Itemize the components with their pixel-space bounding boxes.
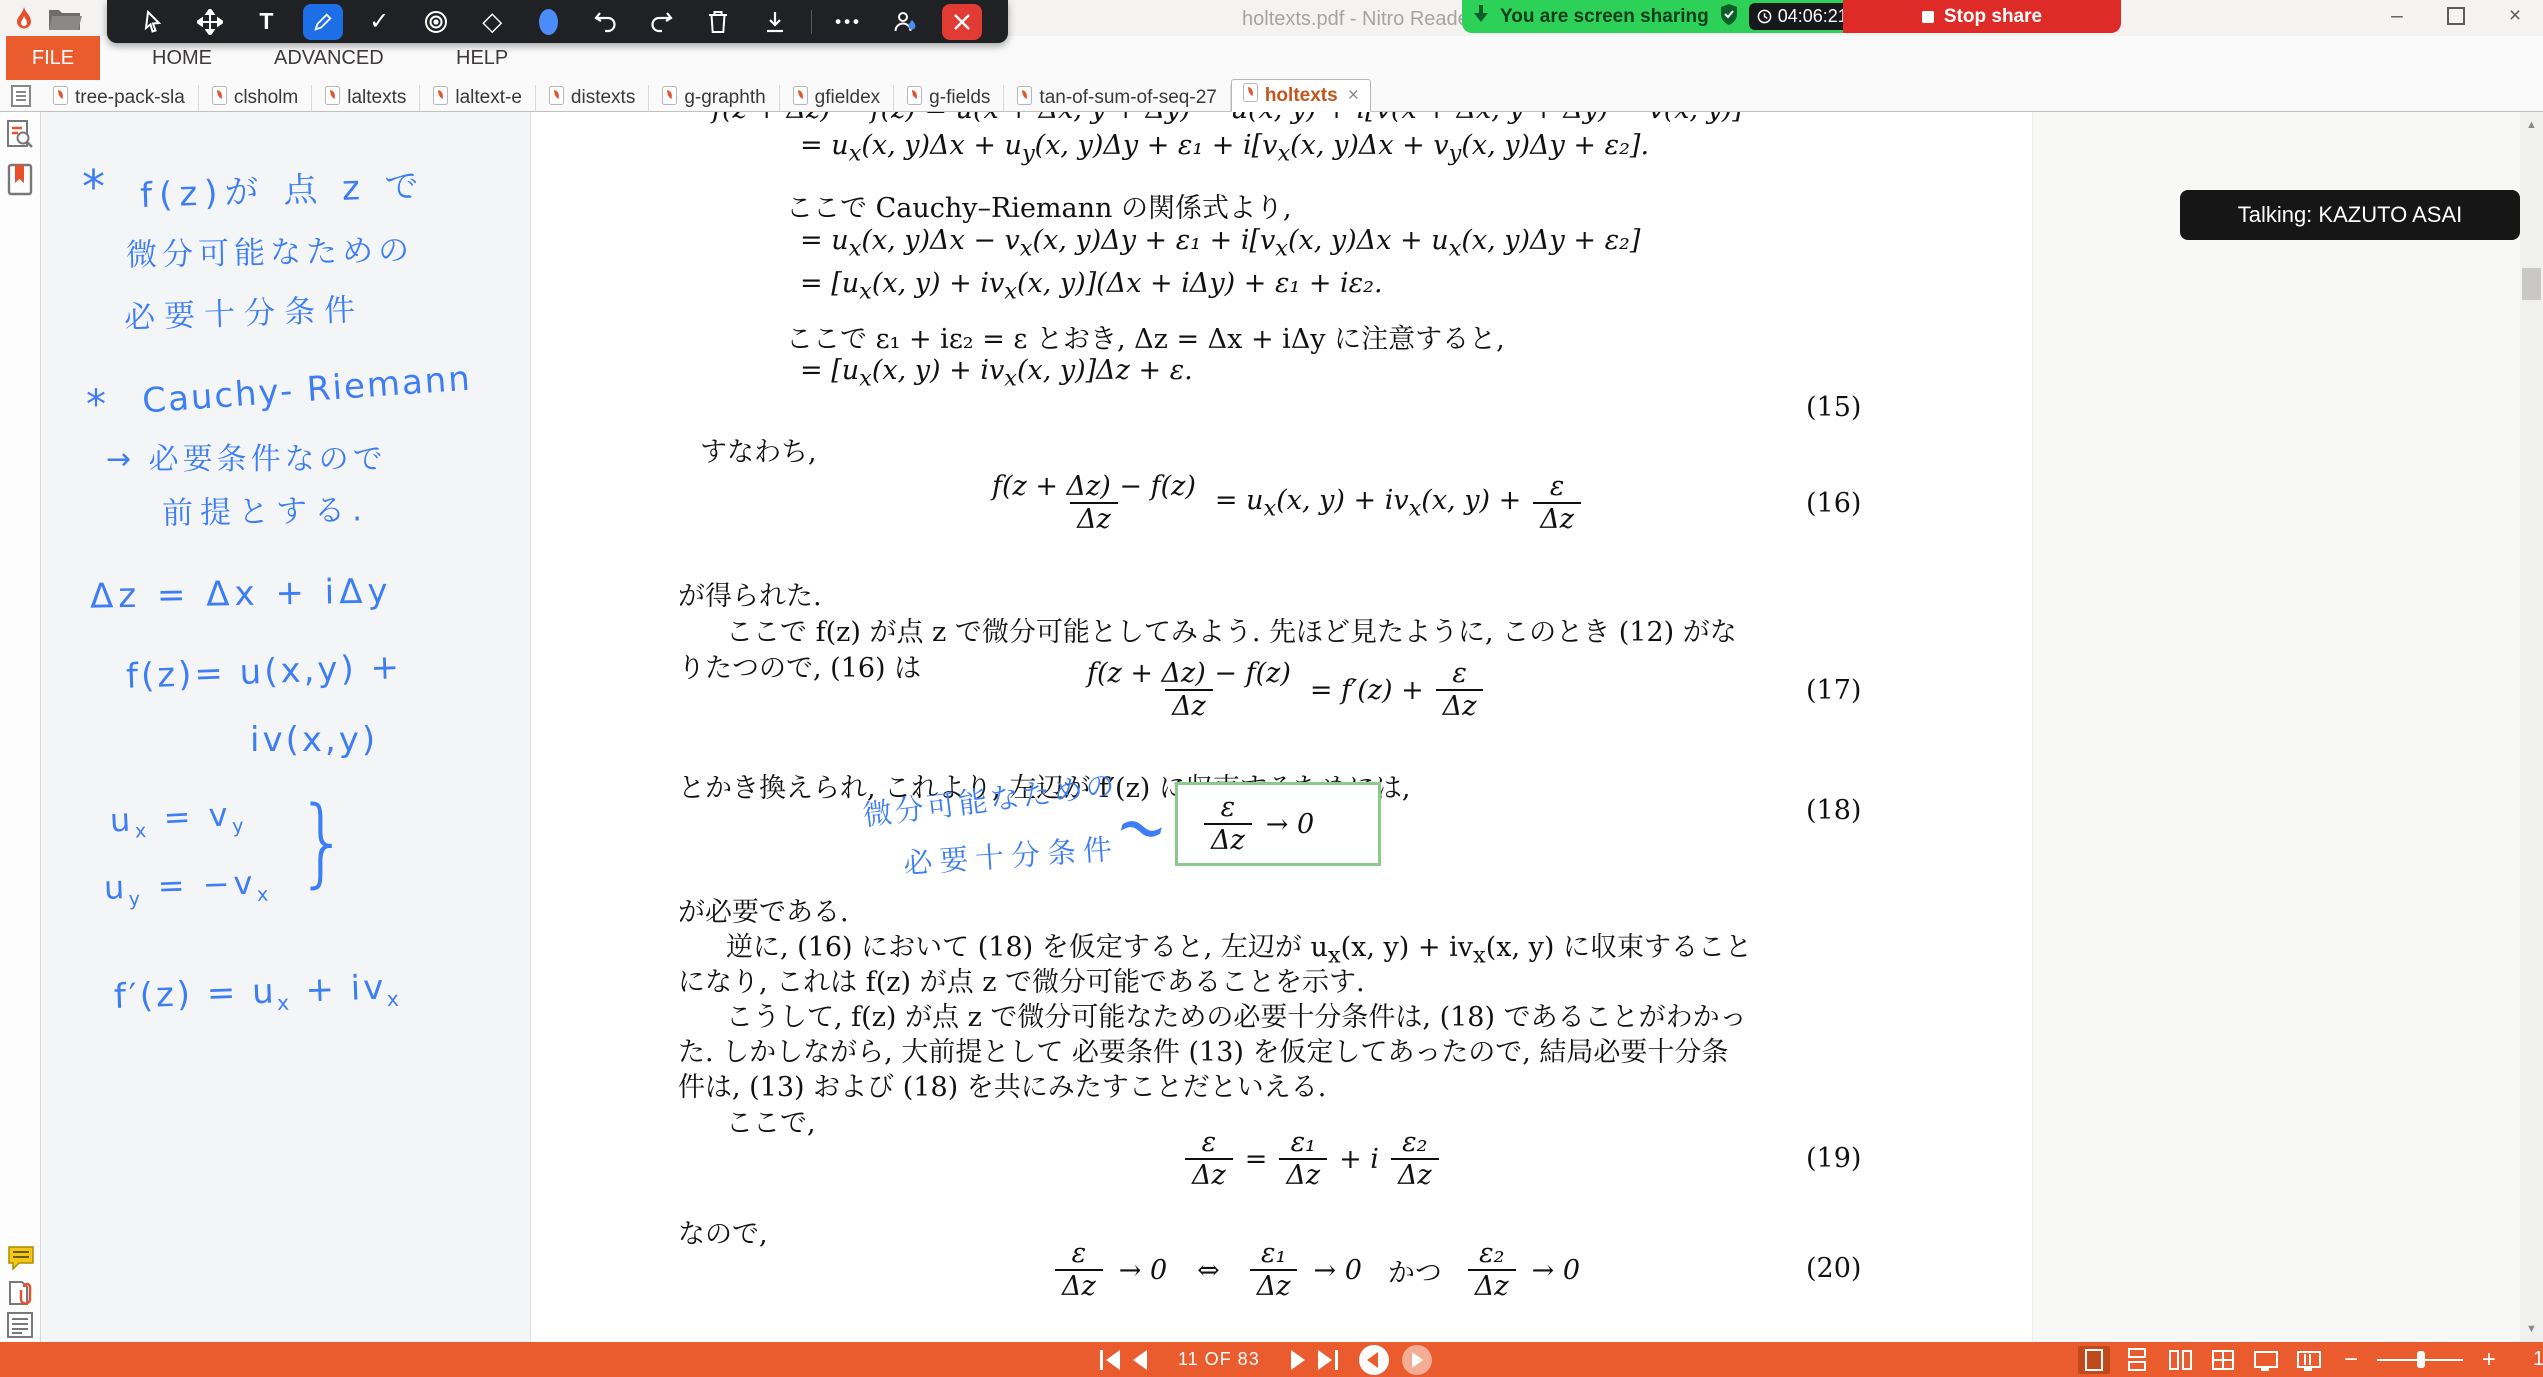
toolbar-divider xyxy=(811,10,812,34)
previous-page-button[interactable] xyxy=(1133,1350,1147,1370)
equation-tag: (17) xyxy=(1806,675,1861,706)
talking-indicator: Talking: KAZUTO ASAI xyxy=(2180,190,2520,240)
zoom-in-button[interactable]: + xyxy=(2482,1346,2496,1374)
tab-clsholm[interactable]: clsholm xyxy=(199,85,312,111)
handwritten-note: uy = −vx xyxy=(103,863,272,911)
pdf-doc-icon xyxy=(793,86,808,111)
handwritten-note: → 必要条件なので xyxy=(106,434,387,478)
pdf-doc-icon xyxy=(325,86,340,111)
diamond-tool-icon[interactable]: ◇ xyxy=(472,4,512,40)
application-window: holtexts.pdf - Nitro Reader 5 – × FILE H… xyxy=(0,0,2543,1377)
tab-label: clsholm xyxy=(234,87,298,109)
shield-check-icon xyxy=(1719,3,1739,31)
tab-label: holtexts xyxy=(1265,85,1338,107)
highlight-box-equation-18: εΔz → 0 xyxy=(1175,782,1381,866)
star-marker: * xyxy=(82,160,105,214)
pdf-doc-icon xyxy=(433,86,448,111)
tab-label: gfieldex xyxy=(815,87,881,109)
doc-line: ここで ε₁ + iε₂ = ε とおき, Δz = Δx + iΔy に注意す… xyxy=(786,317,1505,356)
doc-line: すなわち, xyxy=(700,430,817,469)
next-page-button[interactable] xyxy=(1291,1350,1305,1370)
handwritten-note: f′(z) = ux + ivx xyxy=(113,967,402,1021)
grid-view-button[interactable] xyxy=(2207,1346,2239,1374)
stop-icon xyxy=(1922,11,1934,23)
presenter-icon[interactable] xyxy=(885,4,925,40)
previous-view-button[interactable] xyxy=(1359,1345,1389,1375)
zoom-out-button[interactable]: − xyxy=(2344,1346,2358,1374)
timer-value: 04:06:21 xyxy=(1778,6,1848,27)
doc-line: こうして, f(z) が点 z で微分可能なための必要十分条件は, (18) で… xyxy=(726,995,1747,1034)
handwritten-note: f(z)が 点 z で xyxy=(139,158,426,217)
doc-line: = [ux(x, y) + ivx(x, y)](Δx + iΔy) + ε₁ … xyxy=(800,268,1383,304)
star-marker: * xyxy=(86,382,106,428)
next-view-button[interactable] xyxy=(1402,1345,1432,1375)
move-tool-icon[interactable] xyxy=(190,4,230,40)
last-page-button[interactable] xyxy=(1318,1350,1338,1370)
doc-line: りたつので, (16) は xyxy=(678,646,921,685)
tab-label: g-fields xyxy=(929,87,990,109)
continuous-view-button[interactable] xyxy=(2121,1346,2153,1374)
trash-icon[interactable] xyxy=(698,4,738,40)
save-download-icon[interactable] xyxy=(755,4,795,40)
equation-tag: (20) xyxy=(1806,1253,1861,1284)
single-page-view-button[interactable] xyxy=(2078,1346,2110,1374)
pdf-doc-icon xyxy=(907,86,922,111)
workspace: ▲ ▼ f(z + Δz) − f(z) = u(x + Δx, y + Δy)… xyxy=(0,111,2543,1342)
tab-tan-of-sum-of-seq-27[interactable]: tan-of-sum-of-seq-27 xyxy=(1004,85,1230,111)
tab-label: distexts xyxy=(571,87,635,109)
close-annotation-icon[interactable] xyxy=(942,4,982,40)
check-tool-icon[interactable]: ✓ xyxy=(359,4,399,40)
tab-close-icon[interactable]: × xyxy=(1348,85,1359,107)
doc-line: 件は, (13) および (18) を共にみたすことだといえる. xyxy=(678,1065,1326,1104)
status-bar: 11 OF 83 − + 125% xyxy=(0,1342,2543,1377)
zoom-slider-thumb[interactable] xyxy=(2417,1351,2425,1368)
screen-sharing-banner: You are screen sharing 04:06:21 ▾ xyxy=(1462,0,1843,33)
equation-16: f(z + Δz) − f(z)Δz = ux(x, y) + ivx(x, y… xyxy=(985,458,1581,548)
tab-g-graphth[interactable]: g-graphth xyxy=(649,85,779,111)
redo-icon[interactable] xyxy=(642,4,682,40)
equation-tag: (18) xyxy=(1806,795,1861,826)
zoom-slider[interactable] xyxy=(2377,1359,2463,1361)
zoom-level: 125% xyxy=(2533,1348,2543,1371)
handwritten-note: f(z)= u(x,y) + xyxy=(125,647,402,697)
doc-line: ここで Cauchy–Riemann の関係式より, xyxy=(786,186,1292,225)
equation-tag: (16) xyxy=(1806,488,1861,519)
doc-line: が得られた. xyxy=(678,574,822,613)
doc-line: が必要である. xyxy=(678,890,849,929)
tab-label: laltext-e xyxy=(455,87,522,109)
share-arrow-icon xyxy=(1472,3,1490,30)
doc-line: になり, これは f(z) が点 z で微分可能であることを示す. xyxy=(678,960,1365,999)
pdf-doc-icon xyxy=(1017,86,1032,111)
sharing-status-text: You are screen sharing xyxy=(1500,6,1709,28)
tab-label: laltexts xyxy=(347,87,406,109)
cursor-tool-icon[interactable] xyxy=(133,4,173,40)
doc-line: ここで, xyxy=(726,1101,816,1140)
equation-tag: (15) xyxy=(1806,392,1861,423)
handwritten-note: ux = vy xyxy=(109,794,248,844)
doc-line: た. しかしながら, 大前提として 必要条件 (13) を仮定してあったので, … xyxy=(678,1030,1728,1069)
tab-label: g-graphth xyxy=(684,87,765,109)
tab-tree-pack-sla[interactable]: tree-pack-sla xyxy=(40,85,199,111)
more-options-icon[interactable]: ••• xyxy=(829,4,869,40)
equation-tag: (19) xyxy=(1806,1143,1861,1174)
handwritten-note: 前提とする. xyxy=(162,484,370,533)
spotlight-tool-icon[interactable] xyxy=(416,4,456,40)
annotation-toolbar: T ✓ ◇ ••• xyxy=(107,0,1008,43)
first-page-button[interactable] xyxy=(1100,1350,1120,1370)
facing-pages-view-button[interactable] xyxy=(2164,1346,2196,1374)
ellipse-tool-icon[interactable] xyxy=(529,4,569,40)
undo-icon[interactable] xyxy=(585,4,625,40)
tab-gfieldex[interactable]: gfieldex xyxy=(780,85,895,111)
fullscreen-pages-button[interactable] xyxy=(2293,1346,2325,1374)
equation-20: εΔz → 0 ⇔ ε₁Δz → 0 かつ ε₂Δz → 0 xyxy=(1055,1237,1580,1303)
page-indicator: 11 OF 83 xyxy=(1178,1349,1260,1370)
handwritten-note: 微分可能なための xyxy=(126,224,415,274)
doc-line: = [ux(x, y) + ivx(x, y)]Δz + ε. xyxy=(800,355,1193,391)
handwritten-note: iv(x,y) xyxy=(250,720,378,760)
pdf-doc-icon xyxy=(1243,83,1258,108)
handwritten-brace: } xyxy=(297,786,349,898)
doc-line: ここで f(z) が点 z で微分可能としてみよう. 先ほど見たように, このと… xyxy=(726,610,1737,649)
pdf-doc-icon xyxy=(53,86,68,111)
stop-share-button[interactable]: Stop share xyxy=(1843,0,2121,33)
tab-label: tan-of-sum-of-seq-27 xyxy=(1039,87,1216,109)
pen-tool-icon[interactable] xyxy=(303,4,343,40)
text-tool-icon[interactable]: T xyxy=(246,4,286,40)
document-content: f(z + Δz) − f(z) = u(x + Δx, y + Δy) − u… xyxy=(0,0,2543,1342)
pdf-doc-icon xyxy=(662,86,677,111)
pdf-doc-icon xyxy=(549,86,564,111)
tab-label: tree-pack-sla xyxy=(75,87,185,109)
equation-19: εΔz = ε₁Δz + i ε₂Δz xyxy=(1185,1125,1439,1193)
handwritten-note: 必要十分条件 xyxy=(902,827,1120,883)
doc-line: = ux(x, y)Δx − vx(x, y)Δy + ε₁ + i[vx(x,… xyxy=(800,225,1640,261)
tab-holtexts[interactable]: holtexts× xyxy=(1231,79,1371,112)
equation-17: f(z + Δz) − f(z)Δz = f′(z) + εΔz xyxy=(1080,648,1483,732)
tab-g-fields[interactable]: g-fields xyxy=(894,85,1004,111)
handwritten-note: Δz = Δx + iΔy xyxy=(90,571,393,616)
pdf-doc-icon xyxy=(212,86,227,111)
doc-line: なので, xyxy=(678,1212,768,1251)
tab-list-icon[interactable] xyxy=(4,83,38,109)
fit-screen-button[interactable] xyxy=(2250,1346,2282,1374)
tab-laltexts[interactable]: laltexts xyxy=(312,85,420,111)
tab-laltext-e[interactable]: laltext-e xyxy=(420,85,536,111)
handwritten-note: 必要十分条件 xyxy=(123,284,364,337)
doc-line: = ux(x, y)Δx + uy(x, y)Δy + ε₁ + i[vx(x,… xyxy=(800,130,1649,166)
tab-distexts[interactable]: distexts xyxy=(536,85,649,111)
document-tab-bar: tree-pack-slaclsholmlaltextslaltext-edis… xyxy=(0,80,2543,112)
handwritten-note: Cauchy- Riemann xyxy=(141,359,473,422)
